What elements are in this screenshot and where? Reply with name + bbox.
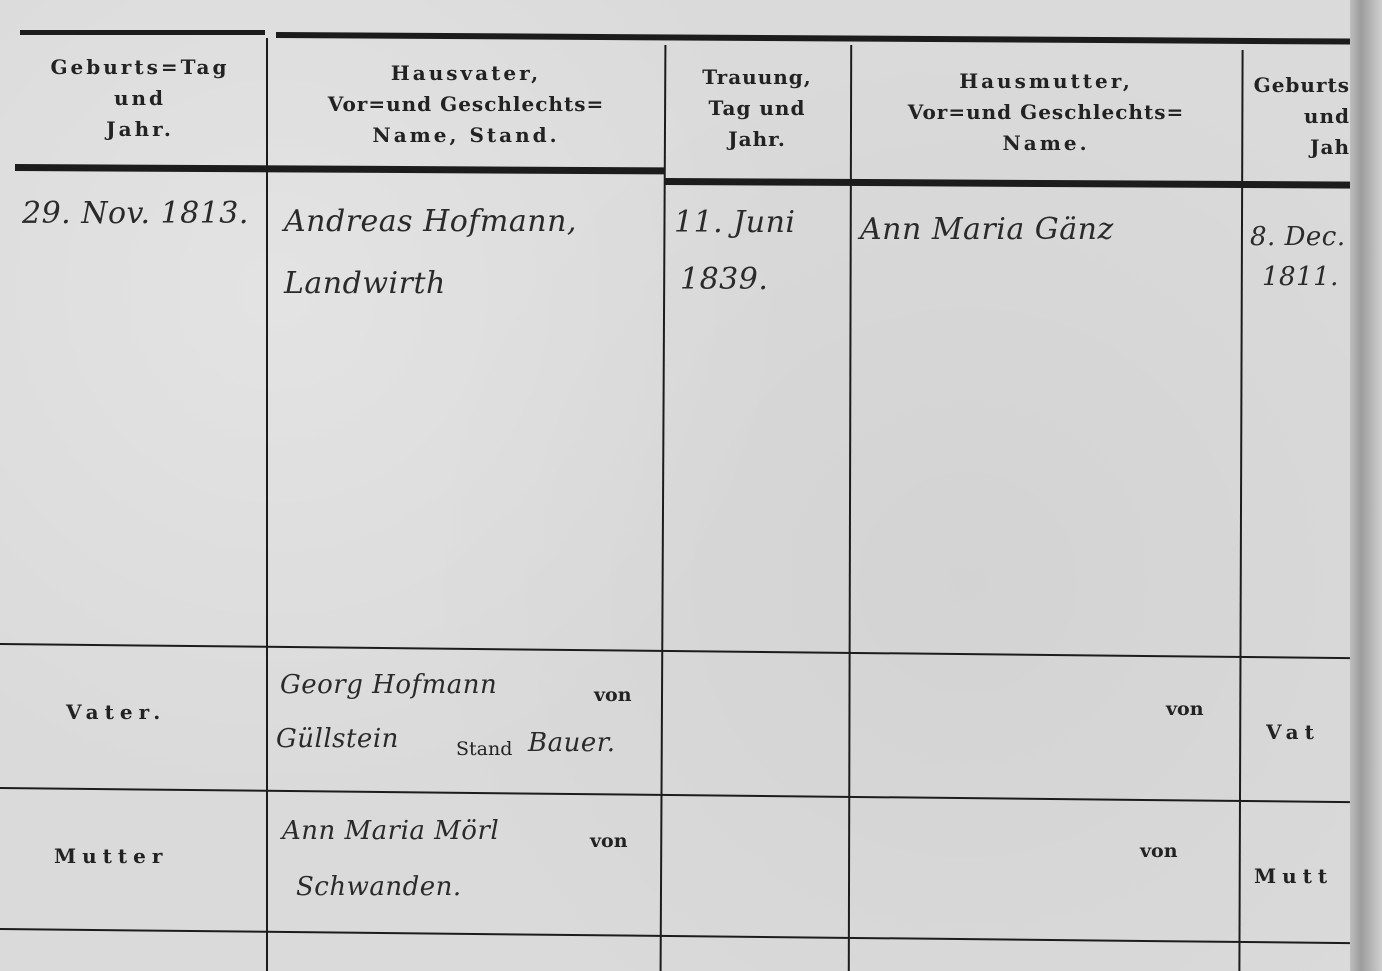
header-top-rule	[20, 30, 265, 35]
column-rule-1	[266, 38, 268, 971]
header-mother-birth: Geburts und Jah	[1246, 70, 1350, 163]
row-rule-mutter-top	[0, 787, 1350, 803]
mother-birth-day: 8. Dec.	[1250, 222, 1346, 252]
header-line: Jah	[1246, 132, 1350, 163]
header-line: Geburts=Tag	[20, 52, 260, 83]
husband-mother-place: Schwanden.	[296, 872, 462, 902]
von-label: von	[1140, 840, 1178, 862]
header-line: Vor=und Geschlechts=	[856, 97, 1236, 128]
header-line: Name, Stand.	[272, 120, 660, 151]
binding-gutter	[1350, 0, 1382, 971]
header-top-rule	[276, 32, 1350, 45]
header-line: Jahr.	[20, 114, 260, 145]
row-label-mutter: Mutter	[54, 844, 168, 868]
header-hausvater: Hausvater, Vor=und Geschlechts= Name, St…	[272, 58, 660, 151]
row-rule-vater-top	[0, 643, 1350, 659]
header-line: und	[20, 83, 260, 114]
header-trauung: Trauung, Tag und Jahr.	[668, 62, 846, 155]
marriage-year: 1839.	[680, 262, 768, 297]
header-bottom-rule	[665, 178, 1382, 189]
father-occupation: Landwirth	[284, 266, 446, 301]
husband-father-name: Georg Hofmann	[280, 670, 497, 700]
header-line: Hausvater,	[272, 58, 660, 89]
row-label-vater-right: Vat	[1266, 720, 1350, 744]
header-line: und	[1246, 101, 1350, 132]
stand-label: Stand	[456, 738, 512, 760]
header-line: Trauung,	[668, 62, 846, 93]
husband-mother-name: Ann Maria Mörl	[282, 816, 499, 846]
father-name: Andreas Hofmann,	[284, 204, 577, 239]
header-line: Geburts	[1246, 70, 1350, 101]
header-line: Hausmutter,	[856, 66, 1236, 97]
husband-father-place: Güllstein	[276, 724, 399, 754]
mother-name: Ann Maria Gänz	[860, 212, 1114, 247]
header-birth-date: Geburts=Tag und Jahr.	[20, 52, 260, 145]
column-rule-2	[660, 45, 667, 971]
register-page: Geburts=Tag und Jahr. Hausvater, Vor=und…	[0, 0, 1382, 971]
header-bottom-rule	[15, 164, 665, 174]
von-label: von	[1166, 698, 1204, 720]
von-label: von	[590, 830, 628, 852]
father-birth-date: 29. Nov. 1813.	[22, 196, 249, 231]
header-line: Name.	[856, 128, 1236, 159]
row-rule-bottom	[0, 928, 1350, 944]
column-rule-4	[1238, 50, 1243, 971]
husband-father-stand: Bauer.	[528, 728, 616, 758]
header-line: Tag und	[668, 93, 846, 124]
mother-birth-year: 1811.	[1262, 262, 1339, 292]
row-label-vater: Vater.	[66, 700, 166, 724]
header-line: Vor=und Geschlechts=	[272, 89, 660, 120]
von-label: von	[594, 684, 632, 706]
header-hausmutter: Hausmutter, Vor=und Geschlechts= Name.	[856, 66, 1236, 159]
header-line: Jahr.	[668, 124, 846, 155]
marriage-day: 11. Juni	[674, 205, 796, 240]
row-label-mutter-right: Mutt	[1254, 864, 1350, 888]
